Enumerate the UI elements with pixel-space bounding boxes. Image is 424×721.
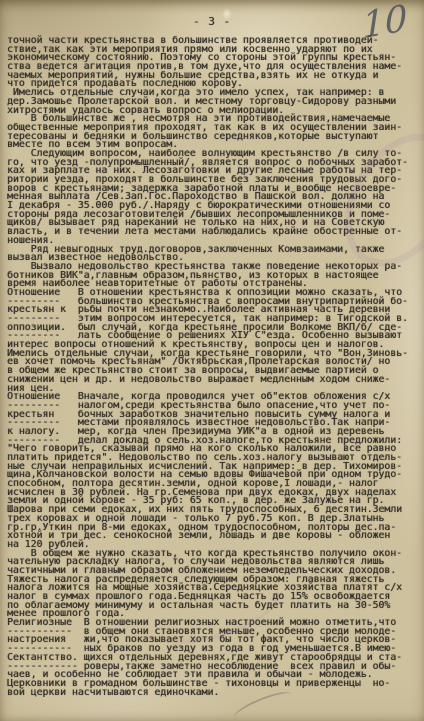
- scanned-document-page: 10 - 3 - точной части крестьянства в бол…: [0, 0, 424, 721]
- document-line: снижении цен и др. и недовольство выража…: [7, 376, 422, 385]
- page-number: - 3 -: [0, 15, 424, 28]
- document-line: вой церкви насчитываются единочками.: [7, 689, 422, 698]
